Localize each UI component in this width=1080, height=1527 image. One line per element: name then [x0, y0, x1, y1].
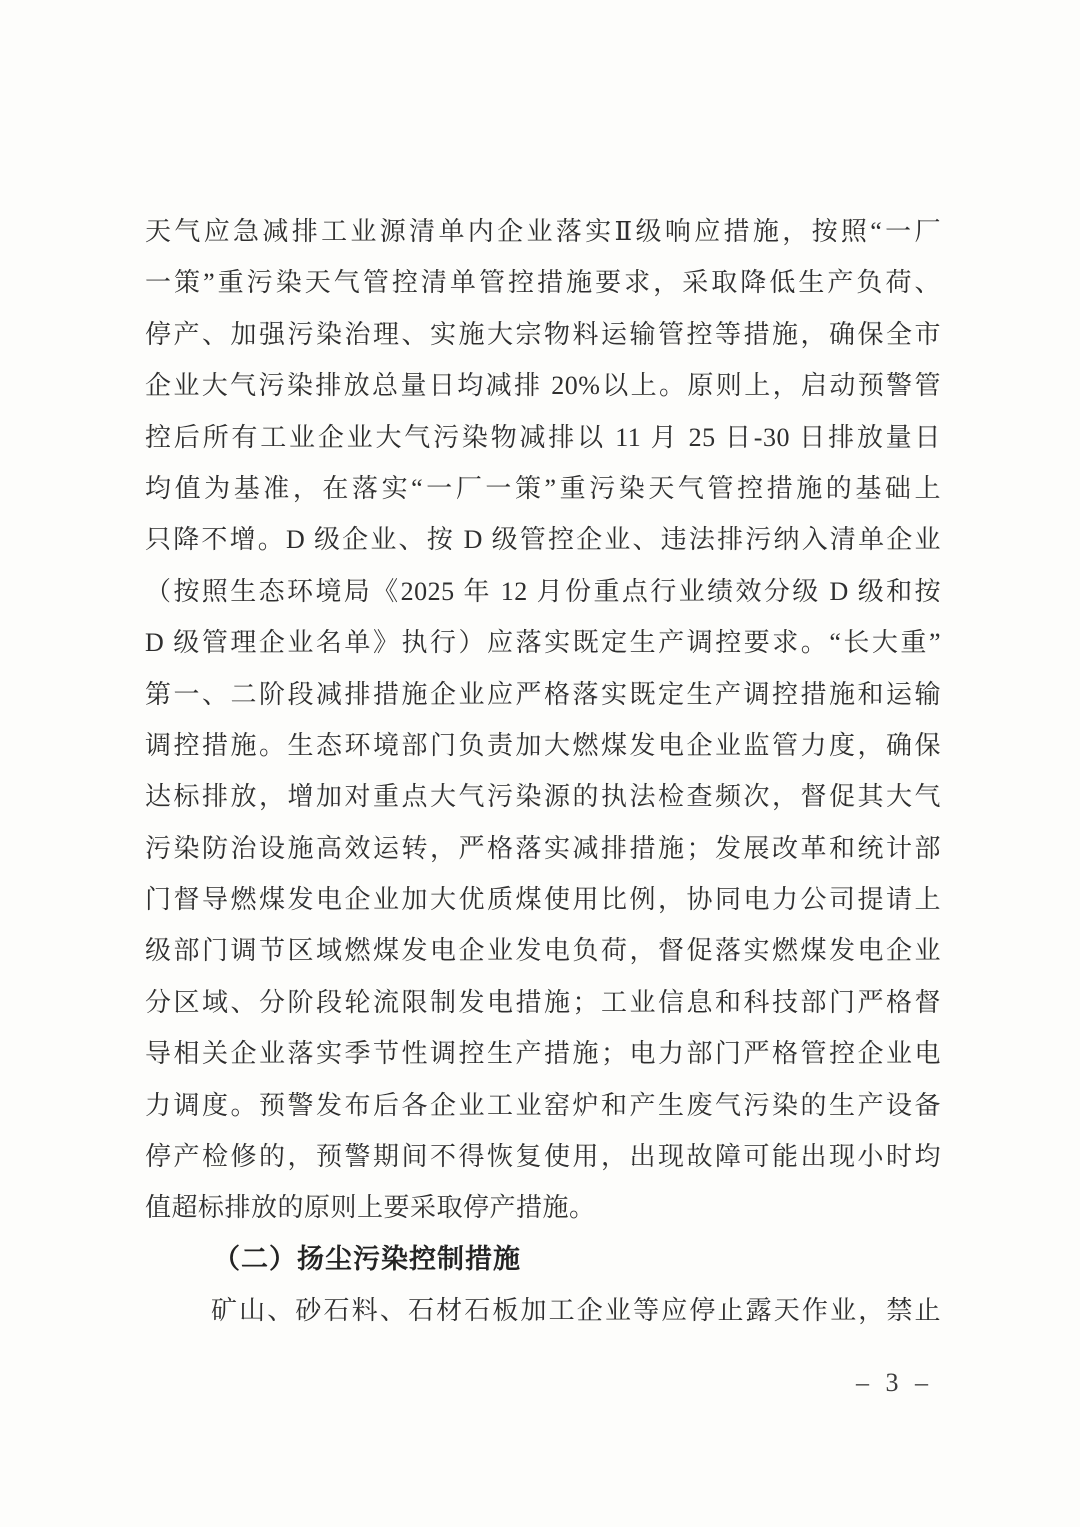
text-line: 污染防治设施高效运转，严格落实减排措施；发展改革和统计部 — [145, 823, 941, 874]
document-body: 天气应急减排工业源清单内企业落实Ⅱ级响应措施，按照“一厂 一策”重污染天气管控清… — [145, 206, 941, 1337]
text-line: 达标排放，增加对重点大气污染源的执法检查频次，督促其大气 — [145, 771, 941, 822]
text-line: 导相关企业落实季节性调控生产措施；电力部门严格管控企业电 — [145, 1028, 941, 1079]
text-line: 停产检修的，预警期间不得恢复使用，出现故障可能出现小时均 — [145, 1131, 941, 1182]
document-page: 天气应急减排工业源清单内企业落实Ⅱ级响应措施，按照“一厂 一策”重污染天气管控清… — [0, 0, 1080, 1527]
text-line: 一策”重污染天气管控清单管控措施要求，采取降低生产负荷、 — [145, 257, 941, 308]
section-heading: （二）扬尘污染控制措施 — [145, 1234, 941, 1285]
text-line: 级部门调节区域燃煤发电企业发电负荷，督促落实燃煤发电企业 — [145, 925, 941, 976]
text-line: 控后所有工业企业大气污染物减排以 11 月 25 日-30 日排放量日 — [145, 412, 941, 463]
text-line: 门督导燃煤发电企业加大优质煤使用比例，协同电力公司提请上 — [145, 874, 941, 925]
text-line: 调控措施。生态环境部门负责加大燃煤发电企业监管力度，确保 — [145, 720, 941, 771]
text-line: 分区域、分阶段轮流限制发电措施；工业信息和科技部门严格督 — [145, 977, 941, 1028]
text-line: 只降不增。D 级企业、按 D 级管控企业、违法排污纳入清单企业 — [145, 514, 941, 565]
text-line: 第一、二阶段减排措施企业应严格落实既定生产调控措施和运输 — [145, 669, 941, 720]
text-line: （按照生态环境局《2025 年 12 月份重点行业绩效分级 D 级和按 — [145, 566, 941, 617]
text-line: 均值为基准，在落实“一厂一策”重污染天气管控措施的基础上 — [145, 463, 941, 514]
page-number: – 3 – — [842, 1368, 942, 1398]
text-line: 企业大气污染排放总量日均减排 20%以上。原则上，启动预警管 — [145, 360, 941, 411]
text-line: 停产、加强污染治理、实施大宗物料运输管控等措施，确保全市 — [145, 309, 941, 360]
text-line: 力调度。预警发布后各企业工业窑炉和产生废气污染的生产设备 — [145, 1080, 941, 1131]
text-line: 矿山、砂石料、石材石板加工企业等应停止露天作业，禁止 — [145, 1285, 941, 1336]
text-line: 天气应急减排工业源清单内企业落实Ⅱ级响应措施，按照“一厂 — [145, 206, 941, 257]
text-line: 值超标排放的原则上要采取停产措施。 — [145, 1182, 941, 1233]
text-line: D 级管理企业名单》执行）应落实既定生产调控要求。“长大重” — [145, 617, 941, 668]
